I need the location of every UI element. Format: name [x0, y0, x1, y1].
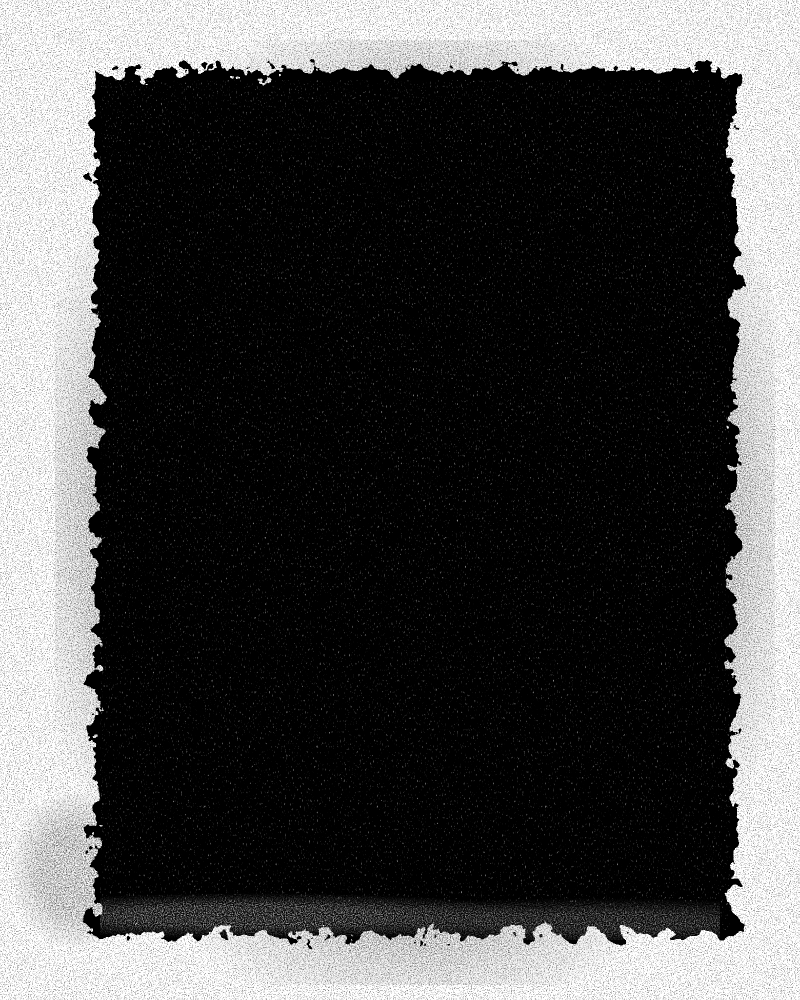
- white-speckles: [100, 80, 730, 930]
- bottom-fray: [100, 880, 720, 940]
- grunge-texture: [0, 0, 800, 1000]
